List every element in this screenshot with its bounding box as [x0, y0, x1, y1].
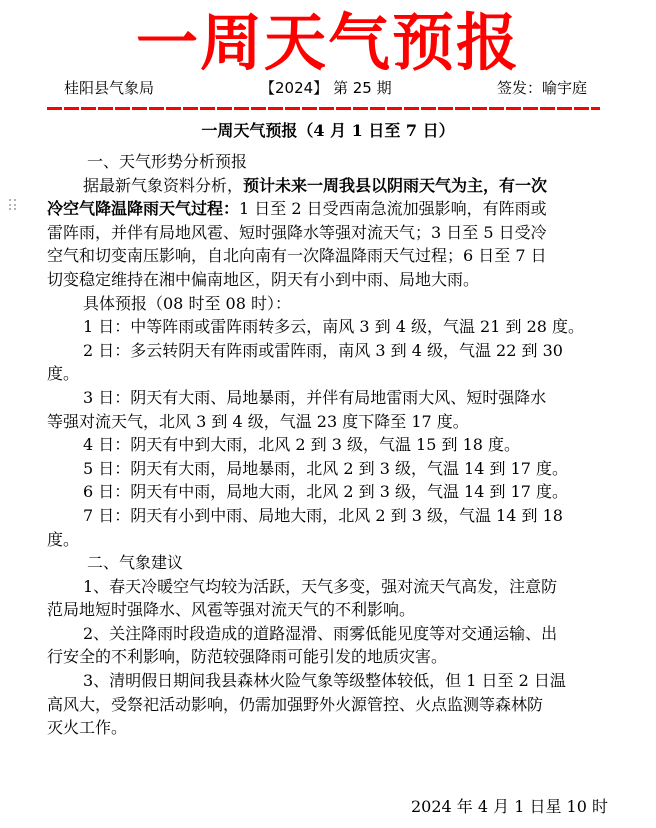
analysis-line: 切变稳定维持在湘中偏南地区，阴天有小到中雨、局地大雨。	[47, 268, 612, 292]
drag-dot-icon	[14, 208, 16, 210]
masthead-header-row: 桂阳县气象局 【2024】 第 25 期 签发：喻宇庭	[0, 78, 656, 98]
daily-forecast-day-6: 6 日：阴天有中雨，局地大雨，北风 2 到 3 级，气温 14 到 17 度。	[47, 480, 612, 504]
daily-forecast-day-2: 2 日：多云转阴天有阵雨或雷阵雨，南风 3 到 4 级，气温 22 到 30	[47, 339, 612, 363]
signer-label: 签发：喻宇庭	[497, 78, 587, 98]
daily-forecast-day-7-cont: 度。	[47, 528, 612, 552]
drag-dot-icon	[9, 199, 11, 201]
masthead-title: 一周天气预报	[0, 6, 656, 80]
advice-item-2: 2、关注降雨时段造成的道路湿滑、雨雾低能见度等对交通运输、出	[47, 622, 612, 646]
drag-dot-icon	[14, 204, 16, 206]
drag-dot-icon	[14, 199, 16, 201]
analysis-line: 雷阵雨，并伴有局地风雹、短时强降水等强对流天气；3 日至 5 日受冷	[47, 221, 612, 245]
daily-forecast-day-3: 3 日：阴天有大雨、局地暴雨，并伴有局地雷雨大风、短时强降水	[47, 386, 612, 410]
daily-forecast-day-3-cont: 等强对流天气，北风 3 到 4 级，气温 23 度下降至 17 度。	[47, 410, 612, 434]
analysis-emphasis: 冷空气降温降雨天气过程：	[47, 199, 239, 218]
red-dashed-rule	[47, 107, 600, 110]
daily-forecast-day-5: 5 日：阴天有大雨，局地暴雨，北风 2 到 3 级，气温 14 到 17 度。	[47, 457, 612, 481]
issuer-label: 桂阳县气象局	[64, 78, 154, 98]
advice-item-1-cont: 范局地短时强降水、风雹等强对流天气的不利影响。	[47, 598, 612, 622]
analysis-emphasis: 预计未来一周我县以阴雨天气为主，有一次	[243, 176, 547, 195]
issue-number: 【2024】 第 25 期	[260, 78, 392, 98]
advice-item-1: 1、春天冷暖空气均较为活跃，天气多变，强对流天气高发，注意防	[47, 575, 612, 599]
document-subtitle: 一周天气预报（4 月 1 日至 7 日）	[0, 120, 656, 142]
advice-item-3-cont: 高风大，受祭祀活动影响，仍需加强野外火源管控、火点监测等森林防	[47, 693, 612, 717]
signature-date: 2024 年 4 月 1 日星 10 时	[411, 796, 608, 818]
daily-forecast-day-2-cont: 度。	[47, 362, 612, 386]
analysis-line: 据最新气象资料分析，预计未来一周我县以阴雨天气为主，有一次	[47, 174, 612, 198]
section-heading-1: 一、天气形势分析预报	[47, 150, 612, 174]
analysis-line: 冷空气降温降雨天气过程：1 日至 2 日受西南急流加强影响，有阵雨或	[47, 197, 612, 221]
drag-dot-icon	[9, 208, 11, 210]
advice-item-2-cont: 行安全的不利影响，防范较强降雨可能引发的地质灾害。	[47, 645, 612, 669]
advice-item-3: 3、清明假日期间我县森林火险气象等级整体较低，但 1 日至 2 日温	[47, 669, 612, 693]
document-body[interactable]: 一、天气形势分析预报 据最新气象资料分析，预计未来一周我县以阴雨天气为主，有一次…	[47, 150, 612, 740]
analysis-text: 据最新气象资料分析，	[83, 176, 243, 195]
analysis-text: 1 日至 2 日受西南急流加强影响，有阵雨或	[239, 199, 547, 218]
advice-item-3-cont: 灭火工作。	[47, 716, 612, 740]
daily-forecast-day-4: 4 日：阴天有中到大雨，北风 2 到 3 级，气温 15 到 18 度。	[47, 433, 612, 457]
detail-forecast-heading: 具体预报（08 时至 08 时）：	[47, 292, 612, 316]
drag-dot-icon	[9, 204, 11, 206]
analysis-line: 空气和切变南压影响，自北向南有一次降温降雨天气过程；6 日至 7 日	[47, 244, 612, 268]
daily-forecast-day-7: 7 日：阴天有小到中雨、局地大雨，北风 2 到 3 级，气温 14 到 18	[47, 504, 612, 528]
daily-forecast-day-1: 1 日：中等阵雨或雷阵雨转多云，南风 3 到 4 级，气温 21 到 28 度。	[47, 315, 612, 339]
paragraph-drag-handle[interactable]	[9, 199, 17, 211]
section-heading-2: 二、气象建议	[47, 551, 612, 575]
